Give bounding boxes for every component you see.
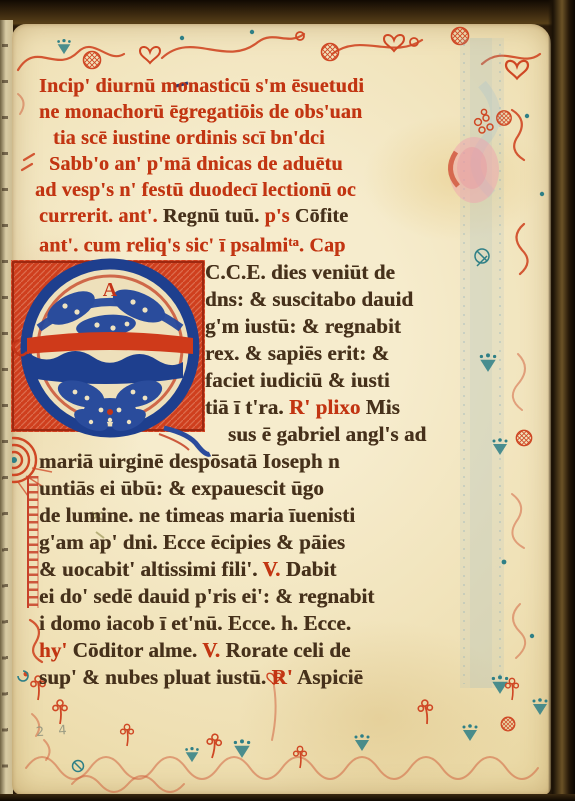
text-segment-ink: ei do' sedē dauid p'ris ei': & regnabit [39,584,374,608]
teal-trefoil [533,698,548,715]
body-line: i domo iacob ī et'nū. Ecce. h. Ecce. [39,610,509,637]
teal-dot [180,36,184,40]
body-line: sup' & nubes pluat iustū. R' Aspiciē [39,664,509,691]
text-segment-red: p's [265,205,295,227]
body-line: g'am ap' dni. Ecce ēcipies & pāies [39,529,509,556]
text-segment-red: R' plixo [289,395,366,419]
text-segment-ink: C.C.E. dies veniūt de [205,260,395,284]
sprig-motif [205,733,222,759]
text-segment-ink: Regnū tuū. [163,205,265,227]
book-binding-right-edge [548,0,575,801]
berry-motif [322,44,339,61]
text-segment-red: Sabb'o an' p'mā dnicas de aduētu [49,153,343,175]
rubric-line: tia scē iustine ordinis scī bn'dci [53,125,509,151]
pencil-folio-number: 2 4 [36,723,73,740]
text-segment-ink: & uocabit' altissimi fili'. [39,557,263,581]
text-segment-ink: de lumine. ne timeas maria īuenisti [39,503,355,527]
teal-dot [540,192,544,196]
berry-motif [501,717,515,731]
text-segment-red: . Cap [299,235,346,257]
text-segment-ink: g'am ap' dni. Ecce ēcipies & pāies [39,530,345,554]
text-segment-ink: mariā uirginē despōsatā Ioseph n [39,449,340,473]
teal-trefoil [234,739,251,757]
text-segment-ink: Rorate celi de [225,638,350,662]
heart-motif [506,61,528,79]
rubric-line: Incip' diurnū monasticū s'm ēsuetudi [39,73,509,99]
bottom-border-flourishes [26,673,548,792]
text-segment-ink: Cōditor alme. [73,638,203,662]
book-binding-top-edge [0,0,575,26]
text-segment-red: V. [202,638,225,662]
body-line: rex. & sapiēs erit: & [205,340,509,367]
text-segment-red: Incip' diurnū monasticū s'm ēsuetudi [39,75,364,97]
text-segment-ink: sus ē gabriel angl's ad [228,422,426,446]
berry-motif [84,52,101,69]
body-line: hy' Cōditor alme. V. Rorate celi de [39,637,509,664]
body-line: C.C.E. dies veniūt de [205,259,509,286]
parchment-page: A Incip' diurnū monasticū s'm ēsuetudine [12,24,551,795]
teal-trefoil [57,39,71,54]
text-block: Incip' diurnū monasticū s'm ēsuetudine m… [39,73,509,691]
text-segment-ink: sup' & nubes pluat iustū. [39,665,272,689]
rubric-line: currerit. ant'. Regnū tuū. p's Cōfite [39,203,509,229]
teal-trefoil [355,734,370,751]
text-segment-ink: Aspiciē [297,665,363,689]
text-segment-red: currerit. ant'. [39,205,163,227]
body-text-block: C.C.E. dies veniūt dedns: & suscitabo da… [39,259,509,691]
book-binding-bottom-edge [0,794,575,801]
text-segment-red: R' [272,665,297,689]
rubric-line: ne monachorū ēgregatiōis de obs'uan [39,99,509,125]
text-segment-red: ta [288,235,299,249]
text-segment-red: tia scē iustine ordinis scī bn'dci [53,127,325,149]
text-segment-red: V. [263,557,286,581]
body-line: tiā ī t'ra. R' plixo Mis [205,394,509,421]
text-segment-ink: Cōfite [295,205,348,227]
text-segment-red: hy' [39,638,73,662]
sprig-motif [121,724,134,746]
teal-trefoil [463,724,478,741]
text-segment-red: ne monachorū ēgregatiōis de obs'uan [39,101,362,123]
rubric-line: ad vesp's n' festū duodecī lectionū oc [35,177,509,203]
text-segment-ink: i domo iacob ī et'nū. Ecce. h. Ecce. [39,611,351,635]
text-segment-ink: untiās ei ūbū: & expauescit ūgo [39,476,324,500]
teal-berry [73,761,84,772]
manuscript-photo: A Incip' diurnū monasticū s'm ēsuetudine [0,0,575,801]
body-line: de lumine. ne timeas maria īuenisti [39,502,509,529]
berry-motif [516,430,531,445]
teal-dot [250,30,254,34]
body-line: ei do' sedē dauid p'ris ei': & regnabit [39,583,509,610]
text-segment-ink: g'm iustū: & regnabit [205,314,401,338]
sprig-motif [417,699,434,724]
rubric-block: Incip' diurnū monasticū s'm ēsuetudine m… [39,73,509,259]
body-line: & uocabit' altissimi fili'. V. Dabit [39,556,509,583]
body-line: faciet iudiciū & iusti [205,367,509,394]
teal-trefoil [185,747,199,762]
heart-motif [140,47,160,63]
rubric-line: Sabb'o an' p'mā dnicas de aduētu [49,151,509,177]
body-line: dns: & suscitabo dauid [205,286,509,313]
teal-dot [525,114,529,118]
body-line: sus ē gabriel angl's ad [228,421,509,448]
body-line: untiās ei ūbū: & expauescit ūgo [39,475,509,502]
text-segment-red: ant'. cum reliq's sic' ī psalmi [39,235,288,257]
body-line: mariā uirginē despōsatā Ioseph n [39,448,509,475]
text-segment-ink: dns: & suscitabo dauid [205,287,413,311]
ladder-border [28,476,38,608]
body-line: g'm iustū: & regnabit [205,313,509,340]
text-segment-ink: Dabit [286,557,337,581]
text-segment-ink: faciet iudiciū & iusti [205,368,390,392]
sprig-motif [53,700,67,724]
text-segment-ink: Mis [366,395,400,419]
rubric-line: ant'. cum reliq's sic' ī psalmita. Cap [39,229,509,259]
text-segment-ink: rex. & sapiēs erit: & [205,341,389,365]
teal-dot [530,634,534,638]
text-segment-red: ad vesp's n' festū duodecī lectionū oc [35,179,356,201]
text-segment-ink: tiā ī t'ra. [205,395,289,419]
